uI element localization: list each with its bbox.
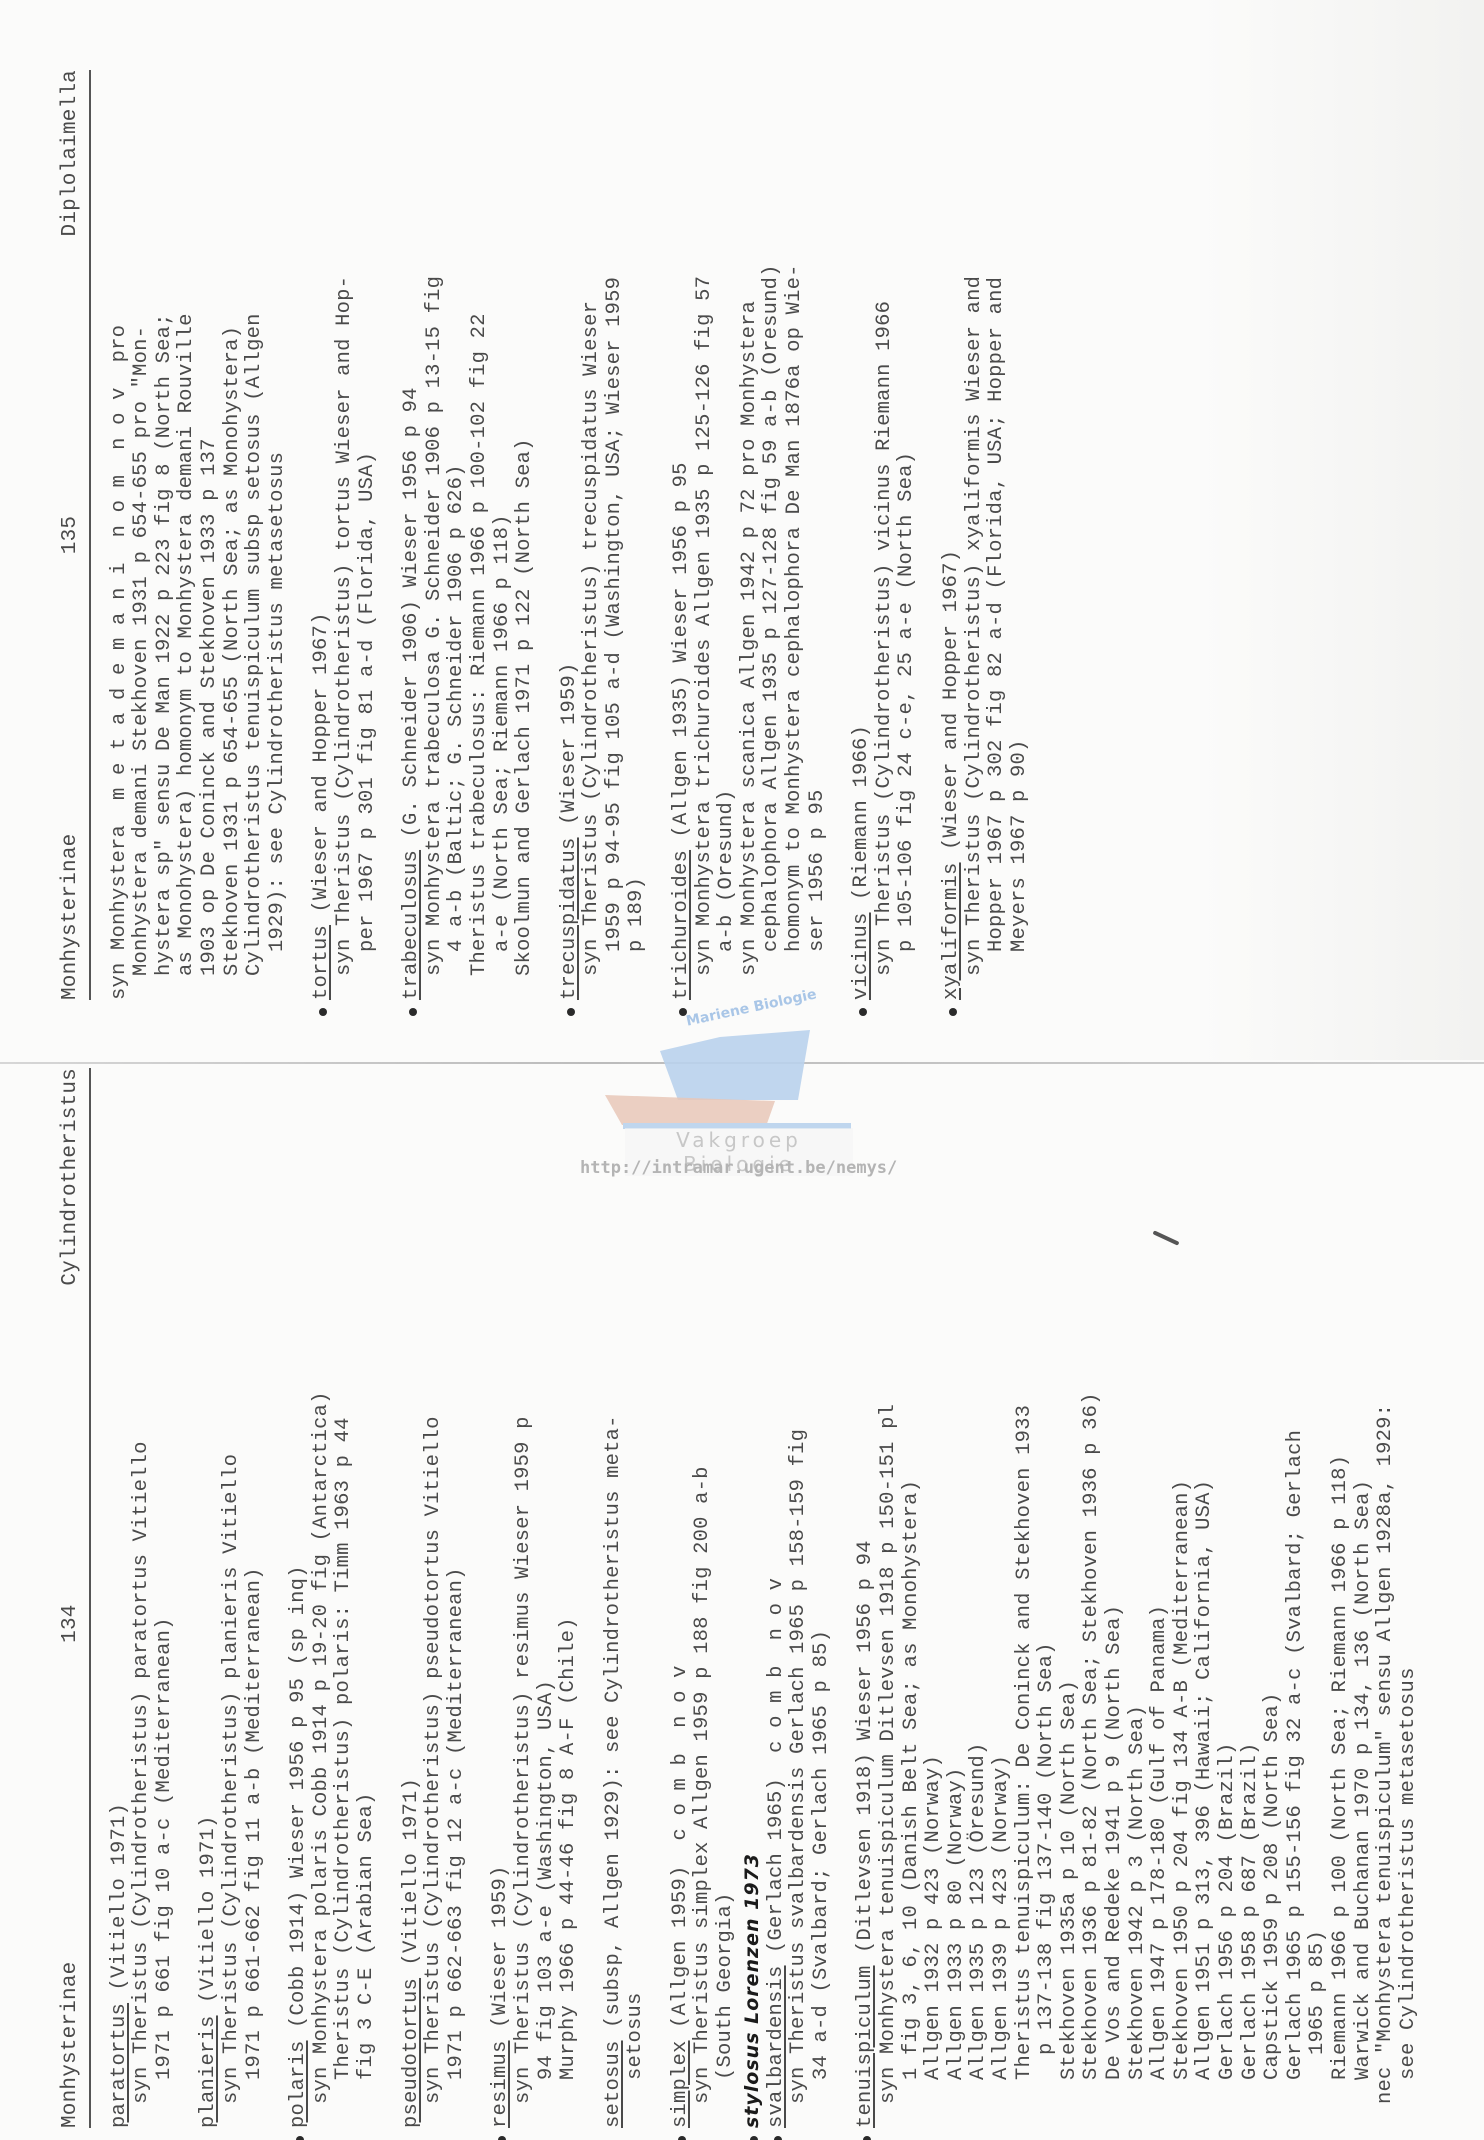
watermark-logo: Mariene Biologie Vakgroep Biologie http:… (565, 990, 865, 1160)
species-name: resimus (489, 2040, 512, 2128)
species-entry: tortus (Wieser and Hopper 1967)syn Theri… (311, 70, 379, 1000)
species-name-line: svalbardensis (Gerlach 1965) c o m b n o… (766, 1068, 789, 2128)
species-name-line: tortus (Wieser and Hopper 1967) (311, 70, 334, 1000)
citation-line: Allgen 1947 p 178-180 (Gulf of Panama) (1149, 1068, 1172, 2128)
citation-line: Theristus trabeculosus: Riemann 1966 p 1… (469, 70, 492, 1000)
citation-line: hystera sp" sensu De Man 1922 p 223 fig … (154, 70, 177, 1000)
species-name: pseudotortus (400, 1978, 423, 2128)
species-name-line: trabeculosus (G. Schneider 1906) Wieser … (401, 70, 424, 1000)
citation-line: 1971 p 661 fig 10 a-c (Mediterranean) (154, 1068, 177, 2128)
species-entry: paratortus (Vitiello 1971)syn Theristus … (109, 1068, 177, 2128)
citation-line: Allgen 1939 p 423 (Norway) (991, 1068, 1014, 2128)
species-name-line: paratortus (Vitiello 1971) (109, 1068, 132, 2128)
species-name-line: trecuspidatus (Wieser 1959) (559, 70, 582, 1000)
citation-line: Gerlach 1958 p 687 (Brazil) (1240, 1068, 1263, 2128)
species-name-line: simplex (Allgen 1959) c o m b n o v (670, 1068, 693, 2128)
species-name: tenuispiculum (854, 1965, 877, 2128)
species-name: trabeculosus (400, 850, 423, 1000)
citation-line: Stekhoven 1942 p 3 (North Sea) (1127, 1068, 1150, 2128)
citation-line: syn Monhystera trichuroides Allgen 1935 … (694, 70, 717, 1000)
citation-line: Meyers 1967 p 90) (1009, 70, 1032, 1000)
bullet-mark-icon (498, 2136, 506, 2140)
bullet-mark-icon (678, 2136, 686, 2140)
citation-line: syn Theristus (Cylindrotheristus) tortus… (334, 70, 357, 1000)
citation-line: syn Theristus (Cylindrotheristus) xyalif… (964, 70, 987, 1000)
species-name-line: xyaliformis (Wieser and Hopper 1967) (941, 70, 964, 1000)
species-entry: xyaliformis (Wieser and Hopper 1967)syn … (941, 70, 1031, 1000)
citation-line: Cylindrotheristus tenuispiculum subsp se… (244, 70, 267, 1000)
citation-line: Allgen 1951 p 313, 396 (Hawaii; Californ… (1194, 1068, 1217, 2128)
page-number: 134 (60, 1604, 83, 1642)
citation-line: 94 fig 103 a-e (Washington, USA) (536, 1068, 559, 2128)
citation-line: (South Georgia) (715, 1068, 738, 2128)
bullet-mark-icon (949, 1008, 957, 1016)
bullet-mark-icon (774, 2136, 782, 2140)
species-name-line: trichuroides (Allgen 1935) Wieser 1956 p… (671, 70, 694, 1000)
species-entry: simplex (Allgen 1959) c o m b n o vsyn T… (670, 1068, 738, 2128)
species-entry: trichuroides (Allgen 1935) Wieser 1956 p… (671, 70, 829, 1000)
bullet-mark-icon (296, 2136, 304, 2140)
page-number: 135 (60, 516, 83, 554)
citation-line: setosus (625, 1068, 648, 2128)
citation-line: syn Monhystera scanica Allgen 1942 p 72 … (739, 70, 762, 1000)
citation-line: Theristus (Cylindrotheristus) polaris: T… (333, 1068, 356, 2128)
citation-line: p 189) (626, 70, 649, 1000)
citation-line: syn Monhystera polaris Cobb 1914 p 19-20… (311, 1068, 334, 2128)
citation-line: a-e (North Sea; Riemann 1966 p 118) (492, 70, 515, 1000)
citation-line: syn Theristus (Cylindrotheristus) trecus… (581, 70, 604, 1000)
page-header: Monhysterinae 134 Cylindrotheristus (60, 1068, 91, 2128)
species-name: polaris (287, 2040, 310, 2128)
citation-line: Stekhoven 1931 p 654-655 (North Sea; as … (222, 70, 245, 1000)
citation-line: syn Theristus (Cylindrotheristus) planie… (221, 1068, 244, 2128)
species-name: simplex (669, 2040, 692, 2128)
header-family: Monhysterinae (60, 1962, 83, 2128)
species-name: tortus (310, 925, 333, 1000)
citation-line: 1965 p 85) (1307, 1068, 1330, 2128)
citation-line: Riemann 1966 p 100 (North Sea; Riemann 1… (1330, 1068, 1353, 2128)
header-genus: Cylindrotheristus (60, 1068, 83, 1286)
species-entry: vicinus (Riemann 1966)syn Theristus (Cyl… (851, 70, 919, 1000)
citation-line: Stekhoven 1935a p 10 (North Sea) (1059, 1068, 1082, 2128)
citation-line: syn Theristus (Cylindrotheristus) parato… (131, 1068, 154, 2128)
citation-line: Allgen 1935 p 123 (Öresund) (968, 1068, 991, 2128)
page-134: Monhysterinae 134 Cylindrotheristus para… (60, 1068, 1480, 2128)
citation-line: Warwick and Buchanan 1970 p 134, 136 (No… (1353, 1068, 1376, 2128)
citation-line: 1 fig 3, 6, 10 (Danish Belt Sea; as Mono… (901, 1068, 924, 2128)
header-genus: Diplolaimella (60, 70, 83, 236)
header-family: Monhysterinae (60, 834, 83, 1000)
citation-line: syn Theristus simplex Allgen 1959 p 188 … (692, 1068, 715, 2128)
species-name-line: stylosus Lorenzen 1973 (742, 1068, 762, 2128)
citation-line: p 137-138 fig 137-140 (North Sea) (1036, 1068, 1059, 2128)
species-entry: polaris (Cobb 1914) Wieser 1956 p 95 (sp… (288, 1068, 378, 2128)
species-entry: syn Monhystera m e t a d e m a n i n o m… (109, 70, 290, 1000)
species-name: trichuroides (670, 850, 693, 1000)
species-entry: pseudotortus (Vitiello 1971)syn Theristu… (401, 1068, 469, 2128)
citation-line: Monhystera demani Stekhoven 1931 p 654-6… (131, 70, 154, 1000)
citation-line: syn Theristus (Cylindrotheristus) pseudo… (423, 1068, 446, 2128)
species-name: trecuspidatus (558, 837, 581, 1000)
watermark-url: http://intramar.ugent.be/nemys/ (580, 1158, 897, 1178)
citation-line: per 1967 p 301 fig 81 a-d (Florida, USA) (357, 70, 380, 1000)
species-name: svalbardensis (765, 1965, 788, 2128)
citation-line: 1971 p 661-662 fig 11 a-b (Mediterranean… (244, 1068, 267, 2128)
citation-line: Theristus tenuispiculum: De Coninck and … (1014, 1068, 1037, 2128)
species-entry: tenuispiculum (Ditlevsen 1918) Wieser 19… (855, 1068, 1420, 2128)
citation-line: 1903 op De Coninck and Stekhoven 1933 p … (199, 70, 222, 1000)
species-name-line: syn Monhystera m e t a d e m a n i n o m… (109, 70, 132, 1000)
species-entry: trabeculosus (G. Schneider 1906) Wieser … (401, 70, 537, 1000)
bullet-mark-icon (319, 1008, 327, 1016)
species-name-line: polaris (Cobb 1914) Wieser 1956 p 95 (sp… (288, 1068, 311, 2128)
citation-line: 34 a-d (Svalbard; Gerlach 1965 p 85) (811, 1068, 834, 2128)
bullet-mark-icon (409, 1008, 417, 1016)
species-name: xyaliformis (940, 862, 963, 1000)
citation-line: Gerlach 1965 p 155-156 fig 32 a-c (Svalb… (1285, 1068, 1308, 2128)
page-header: Monhysterinae 135 Diplolaimella (60, 70, 91, 1000)
species-entry: trecuspidatus (Wieser 1959)syn Theristus… (559, 70, 649, 1000)
page-135: Monhysterinae 135 Diplolaimella syn Monh… (60, 70, 1160, 1000)
citation-line: as Monohystera) homonym to Monhystera de… (176, 70, 199, 1000)
citation-line: Skoolmun and Gerlach 1971 p 122 (North S… (514, 70, 537, 1000)
citation-line: nec "Monhystera tenuispiculum" sensu All… (1375, 1068, 1398, 2128)
species-name-line: pseudotortus (Vitiello 1971) (401, 1068, 424, 2128)
species-entry: svalbardensis (Gerlach 1965) c o m b n o… (766, 1068, 834, 2128)
species-name-line: tenuispiculum (Ditlevsen 1918) Wieser 19… (855, 1068, 878, 2128)
species-name: paratortus (108, 2003, 131, 2128)
species-name-line: planieris (Vitiello 1971) (198, 1068, 221, 2128)
species-entry: setosus (subsp, Allgen 1929): see Cylind… (603, 1068, 648, 2128)
citation-line: Hopper 1967 p 302 fig 82 a-d (Florida, U… (986, 70, 1009, 1000)
citation-line: a-b (Oresund) (716, 70, 739, 1000)
citation-line: fig 3 C-E (Arabian Sea) (356, 1068, 379, 2128)
citation-line: ser 1956 p 95 (807, 70, 830, 1000)
citation-line: Stekhoven 1936 p 81-82 (North Sea; Stekh… (1081, 1068, 1104, 2128)
citation-line: cephalophora Allgen 1935 p 127-128 fig 5… (761, 70, 784, 1000)
species-entry: stylosus Lorenzen 1973 (742, 1068, 762, 2128)
citation-line: De Vos and Redeke 1941 p 9 (North Sea) (1104, 1068, 1127, 2128)
citation-line: Murphy 1966 p 44-46 fig 8 A-F (Chile) (558, 1068, 581, 2128)
citation-line: syn Theristus (Cylindrotheristus) resimu… (513, 1068, 536, 2128)
citation-line: 1959 p 94-95 fig 105 a-d (Washington, US… (604, 70, 627, 1000)
species-entry: planieris (Vitiello 1971)syn Theristus (… (198, 1068, 266, 2128)
species-name-line: resimus (Wieser 1959) (490, 1068, 513, 2128)
citation-line: Stekhoven 1950 p 204 fig 134 A-B (Medite… (1172, 1068, 1195, 2128)
wave-icon (660, 1030, 810, 1100)
citation-line: p 105-106 fig 24 c-e, 25 a-e (North Sea) (896, 70, 919, 1000)
watermark-arc-text: Mariene Biologie (685, 986, 818, 1029)
citation-line: homonym to Monhystera cephalophora De Ma… (784, 70, 807, 1000)
citation-line: syn Theristus (Cylindrotheristus) vicinu… (874, 70, 897, 1000)
citation-line: Allgen 1932 p 423 (Norway) (923, 1068, 946, 2128)
citation-line: syn Monhystera trabeculosa G. Schneider … (424, 70, 447, 1000)
bullet-mark-icon (750, 2136, 758, 2140)
species-entry: resimus (Wieser 1959)syn Theristus (Cyli… (490, 1068, 580, 2128)
citation-line: see Cylindrotheristus metasetosus (1398, 1068, 1421, 2128)
citation-line: 1929): see Cylindrotheristus metasetosus (267, 70, 290, 1000)
citation-line: Gerlach 1956 p 204 (Brazil) (1217, 1068, 1240, 2128)
citation-line: syn Theristus svalbardensis Gerlach 1965… (788, 1068, 811, 2128)
citation-line: 4 a-b (Baltic; G. Schneider 1906 p 626) (446, 70, 469, 1000)
species-list: syn Monhystera m e t a d e m a n i n o m… (109, 70, 1032, 1000)
species-list: paratortus (Vitiello 1971)syn Theristus … (109, 1068, 1421, 2128)
citation-line: 1971 p 662-663 fig 12 a-c (Mediterranean… (446, 1068, 469, 2128)
citation-line: Capstick 1959 p 208 (North Sea) (1262, 1068, 1285, 2128)
species-name: planieris (197, 2015, 220, 2128)
citation-line: syn Monhystera tenuispiculum Ditlevsen 1… (878, 1068, 901, 2128)
species-name: setosus (602, 2040, 625, 2128)
species-name: vicinus (850, 912, 873, 1000)
bullet-mark-icon (863, 2136, 871, 2140)
species-name-line: setosus (subsp, Allgen 1929): see Cylind… (603, 1068, 626, 2128)
citation-line: Allgen 1933 p 80 (Norway) (946, 1068, 969, 2128)
species-name-line: vicinus (Riemann 1966) (851, 70, 874, 1000)
scan-shadow (1200, 0, 1484, 1060)
